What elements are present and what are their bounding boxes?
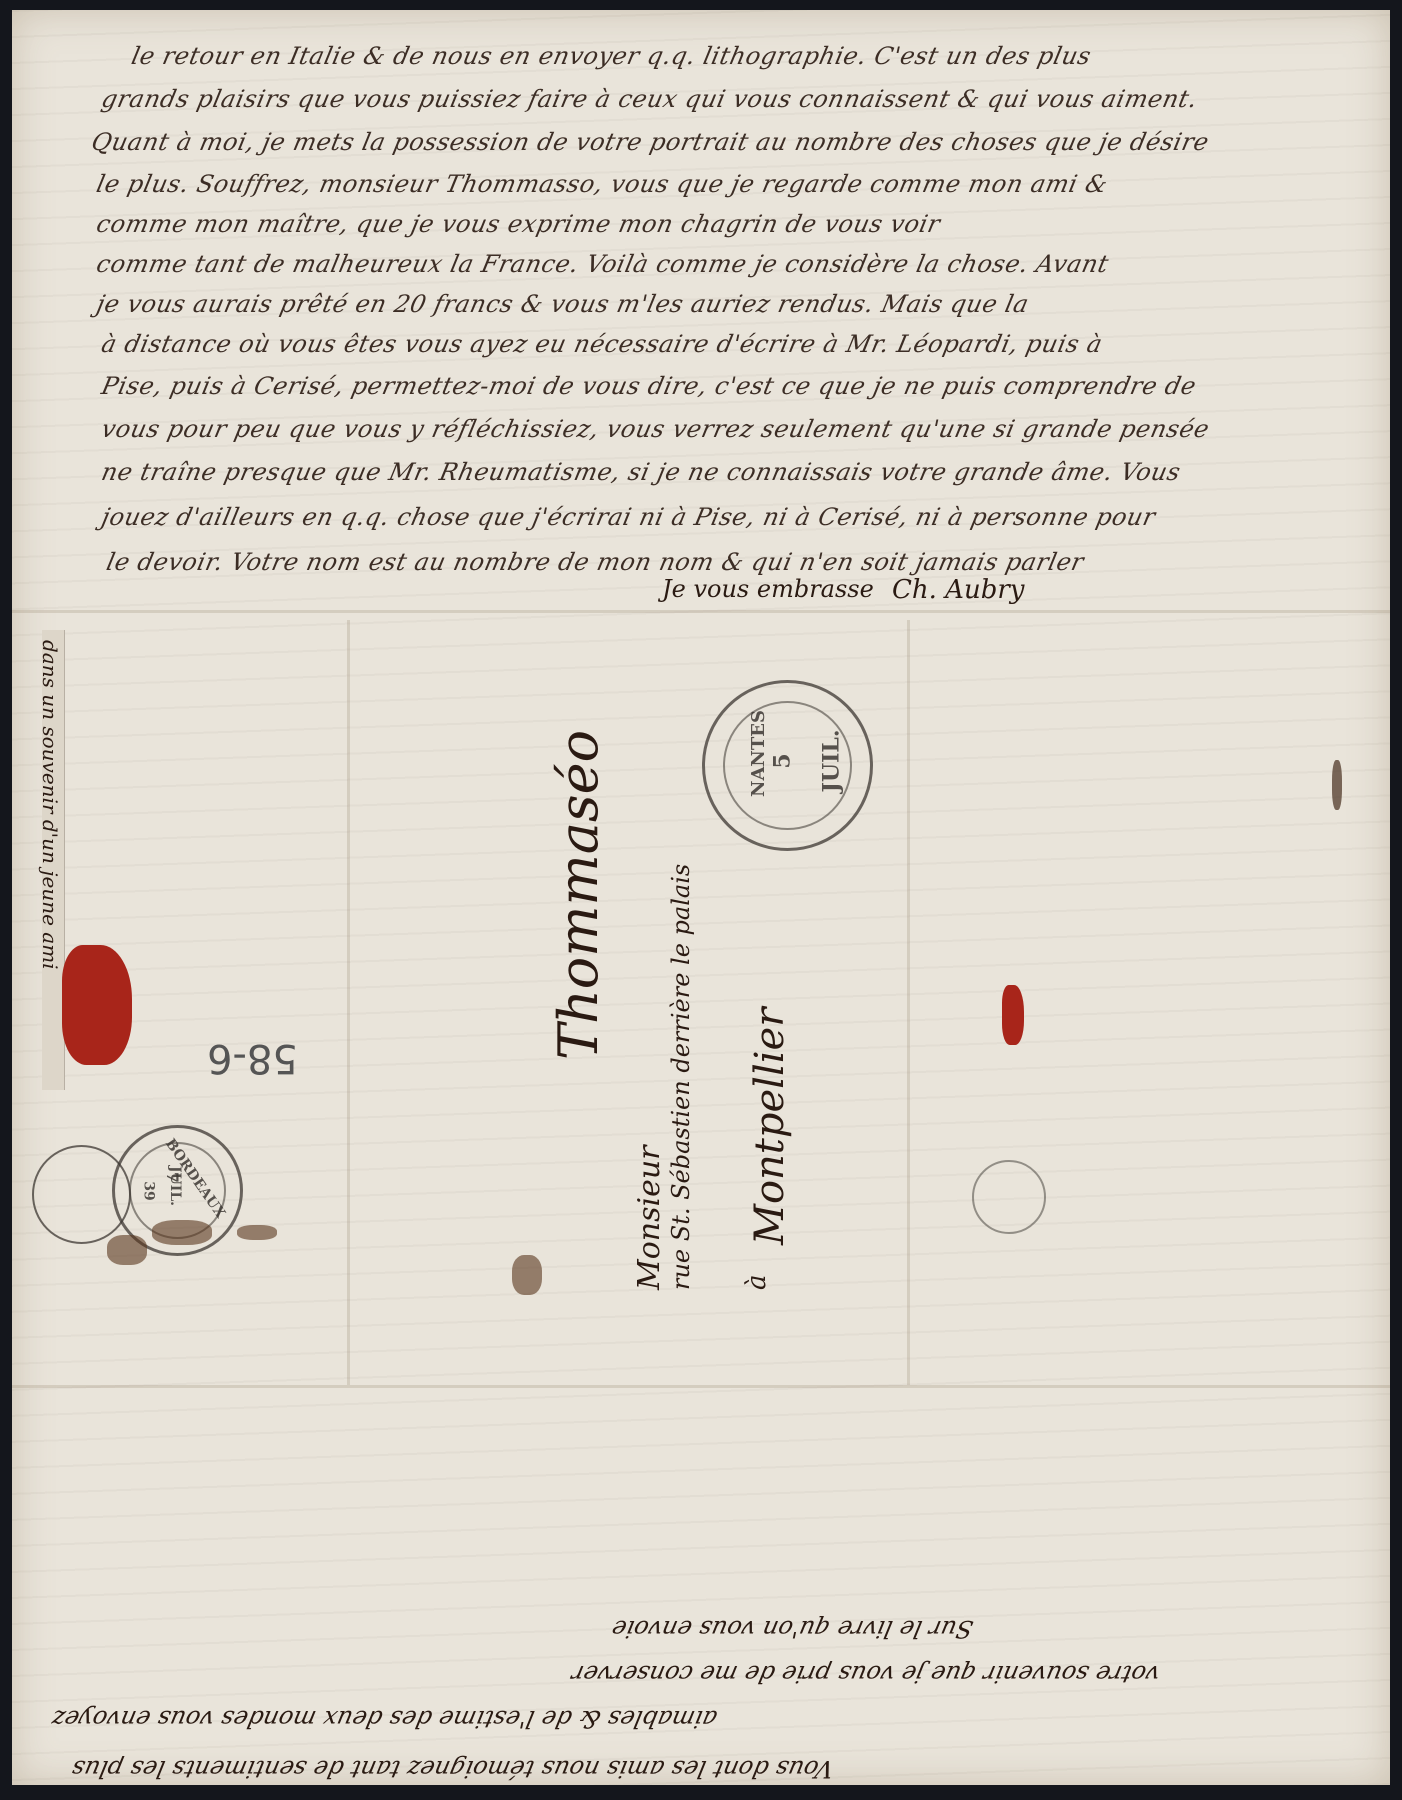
postmark-day: 5 [770,753,796,768]
letter-line: Pise, puis à Cerisé, permettez-moi de vo… [99,372,1353,400]
upside-down-line: votre souvenir que je vous prie de me co… [569,1660,1162,1688]
postmark-town: NANTES [748,710,769,797]
letter-line: Quant à moi, je mets la possession de vo… [89,128,1353,156]
postmark-nantes: NANTES 5 JUIL. [702,680,873,851]
letter-closing: Je vous embrasse [662,575,874,603]
letter-line: jouez d'ailleurs en q.q. chose que j'écr… [99,503,1353,531]
letter-line: à distance où vous êtes vous ayez eu néc… [99,330,1353,358]
fold-line-vertical [347,620,350,1385]
address-prefix: à [742,1274,772,1290]
letter-line: le retour en Italie & de nous en envoyer… [129,42,1353,70]
wax-seal-fragment [1002,985,1024,1045]
wax-seal [62,945,132,1065]
address-street: rue St. Sébastien derrière le palais [667,864,695,1290]
fold-line-horizontal [12,610,1390,613]
postmark-partial [32,1145,131,1244]
ink-stain [1332,760,1342,810]
letter-line: je vous aurais prêté en 20 francs & vous… [94,290,1353,318]
ink-stain [512,1255,542,1295]
letter-line: le plus. Souffrez, monsieur Thommasso, v… [94,170,1353,198]
letter-line: vous pour peu que vous y réfléchissiez, … [99,415,1353,443]
pencil-archive-number: 58-6 [207,1035,298,1081]
letter-signature: Ch. Aubry [892,575,1024,605]
ink-stain [152,1220,212,1245]
letter-line: comme mon maître, que je vous exprime mo… [94,210,1353,238]
upside-down-line: Vous dont les amis nous témoignez tant d… [69,1755,836,1783]
address-salutation: Monsieur [632,1145,667,1290]
postmark-month: JUIL. [167,1166,183,1206]
postmark-year: 39 [141,1181,157,1200]
letter-line: grands plaisirs que vous puissiez faire … [99,85,1353,113]
upside-down-line: Sur le livre qu'on vous envoie [609,1615,976,1643]
fold-line-horizontal [12,1385,1390,1388]
letter-line: comme tant de malheureux la France. Voil… [94,250,1353,278]
letter-line: le devoir. Votre nom est au nombre de mo… [104,548,1353,576]
ink-stain [107,1235,147,1265]
postmark-month: JUIL. [819,729,845,792]
address-name: Thommaséo [547,730,610,1060]
ink-stain [237,1225,277,1240]
fold-line-vertical [907,620,910,1385]
letter-line: ne traîne presque que Mr. Rheumatisme, s… [99,458,1353,486]
address-city: Montpellier [747,1008,793,1245]
upside-down-line: aimables & de l'estime des deux mondes v… [49,1705,719,1733]
letter-sheet: le retour en Italie & de nous en envoyer… [12,10,1390,1785]
postmark-faint [972,1160,1046,1234]
side-margin-note: dans un souvenir d'un jeune ami [38,640,62,970]
